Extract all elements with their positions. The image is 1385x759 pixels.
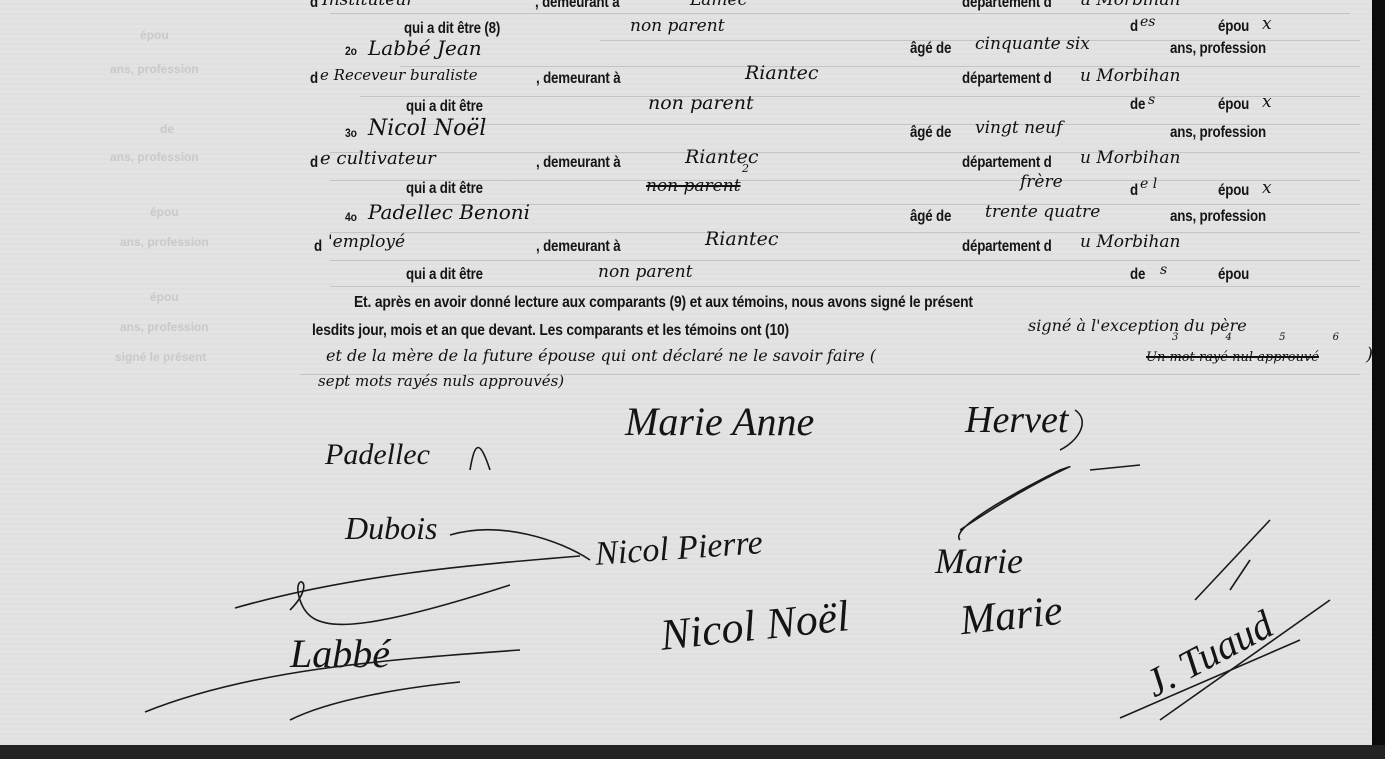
scan-edge xyxy=(1372,0,1385,745)
register-page: épou ans, profession de ans, profession … xyxy=(0,0,1372,745)
w2-age: cinquante six xyxy=(975,34,1090,54)
w1-relation: non parent xyxy=(630,16,725,36)
w2-departement-label: département d xyxy=(962,70,1052,88)
w2-residence: Riantec xyxy=(745,62,818,84)
w4-de-label: de xyxy=(1130,266,1145,284)
w2-profession-prefix: d xyxy=(310,70,318,88)
w3-profession: e cultivateur xyxy=(320,148,436,169)
w4-departement-label: département d xyxy=(962,238,1052,256)
margin-ghost-text: de xyxy=(160,122,174,136)
ruled-line xyxy=(330,13,1350,14)
w1-profession: Instituteur xyxy=(322,0,414,10)
w2-departement: u Morbihan xyxy=(1080,66,1180,86)
w4-number: 4o xyxy=(345,210,357,224)
w1-epou-label: épou xyxy=(1218,18,1249,36)
w2-ans-label: ans, profession xyxy=(1170,40,1266,58)
margin-ghost-text: ans, profession xyxy=(110,150,199,164)
w2-de-label: de xyxy=(1130,96,1145,114)
w4-departement: u Morbihan xyxy=(1080,232,1180,252)
w1-departement-label: département d xyxy=(962,0,1052,12)
w1-residence: Lamec xyxy=(690,0,747,10)
w1-de-value: es xyxy=(1140,14,1155,30)
w2-number: 2o xyxy=(345,44,357,58)
w1-departement: u Morbihan xyxy=(1080,0,1180,10)
w3-demeurant-label: , demeurant à xyxy=(536,154,620,172)
w4-de-value: s xyxy=(1160,262,1167,278)
w3-relation-label: qui a dit être xyxy=(406,180,483,198)
ruled-line xyxy=(330,286,1360,287)
w3-departement: u Morbihan xyxy=(1080,148,1180,168)
w2-relation: non parent xyxy=(648,92,754,114)
signature-marie: Marie xyxy=(935,540,1023,582)
viewer-bottom-bar xyxy=(0,745,1385,759)
w3-departement-label: département d xyxy=(962,154,1052,172)
signature-padellec: Padellec xyxy=(325,438,430,472)
w3-ans-label: ans, profession xyxy=(1170,124,1266,142)
closing-line-3-struck: Un mot rayé nul approuvé xyxy=(1146,350,1319,365)
closing-line-3-handwritten: et de la mère de la future épouse qui on… xyxy=(326,346,876,365)
w3-de-label: d xyxy=(1130,182,1138,200)
w1-epou-value: x xyxy=(1262,14,1272,34)
w2-age-label: âgé de xyxy=(910,40,951,58)
margin-ghost-text: ans, profession xyxy=(120,320,209,334)
w4-residence: Riantec xyxy=(705,228,778,250)
w3-name: Nicol Noël xyxy=(368,116,486,141)
w2-profession: e Receveur buraliste xyxy=(320,66,478,84)
w4-relation: non parent xyxy=(598,262,693,282)
w2-de-value: s xyxy=(1148,92,1155,108)
w2-demeurant-label: , demeurant à xyxy=(536,70,620,88)
ruled-line xyxy=(330,180,1360,181)
signature-labbe: Labbé xyxy=(290,630,390,677)
closing-line-4-handwritten: sept mots rayés nuls approuvés) xyxy=(318,372,564,390)
ruled-line xyxy=(330,232,1360,233)
w3-relation-super: 2 xyxy=(742,162,749,175)
signature-dubois: Dubois xyxy=(345,510,437,547)
w1-demeurant-label: , demeurant à xyxy=(535,0,619,12)
w3-age-label: âgé de xyxy=(910,124,951,142)
w4-epou-label: épou xyxy=(1218,266,1249,284)
signature-marie-anne: Marie Anne xyxy=(625,398,814,445)
w2-relation-label: qui a dit être xyxy=(406,98,483,116)
w4-name: Padellec Benoni xyxy=(368,200,530,224)
w3-epou-value: x xyxy=(1262,178,1272,198)
ruled-line xyxy=(400,66,1360,67)
ruled-line xyxy=(400,204,1360,205)
w2-epou-label: épou xyxy=(1218,96,1249,114)
w3-profession-prefix: d xyxy=(310,154,318,172)
signature-hervet: Hervet xyxy=(965,398,1068,442)
w3-number: 3o xyxy=(345,126,357,140)
w3-epou-label: épou xyxy=(1218,182,1249,200)
signature-marie-2: Marie xyxy=(958,587,1065,645)
margin-ghost-text: ans, profession xyxy=(110,62,199,76)
w3-relation: frère xyxy=(1020,172,1063,192)
w3-de-value: e l xyxy=(1140,176,1157,192)
margin-ghost-text: épou xyxy=(150,205,179,219)
closing-line-1: Et. après en avoir donné lecture aux com… xyxy=(354,294,973,312)
margin-ghost-text: signé le présent xyxy=(115,350,206,364)
w2-name: Labbé Jean xyxy=(368,36,482,60)
w4-relation-label: qui a dit être xyxy=(406,266,483,284)
signature-nicol-noel: Nicol Noël xyxy=(658,590,852,661)
w3-age: vingt neuf xyxy=(975,118,1062,138)
ruled-line xyxy=(330,260,1360,261)
ruled-line xyxy=(330,152,1360,153)
signature-tuaud: J. Tuaud xyxy=(1137,600,1281,706)
w4-profession-prefix: d xyxy=(314,238,322,256)
w1-de-label: d xyxy=(1130,18,1138,36)
margin-ghost-text: épou xyxy=(150,290,179,304)
signature-nicol-pierre: Nicol Pierre xyxy=(594,524,764,574)
w4-age-label: âgé de xyxy=(910,208,951,226)
w1-profession-prefix: d' xyxy=(310,0,321,12)
w4-demeurant-label: , demeurant à xyxy=(536,238,620,256)
w3-relation-struck: non parent xyxy=(646,176,741,196)
w4-profession: 'employé xyxy=(328,232,405,252)
w2-epou-value: x xyxy=(1262,92,1272,112)
margin-ghost-text: ans, profession xyxy=(120,235,209,249)
margin-ghost-text: épou xyxy=(140,28,169,42)
closing-line-2: lesdits jour, mois et an que devant. Les… xyxy=(312,322,789,340)
ruled-line xyxy=(360,96,1360,97)
closing-line-3-superscripts: 3 4 5 6 xyxy=(1172,332,1361,343)
w4-age: trente quatre xyxy=(985,202,1100,222)
w4-ans-label: ans, profession xyxy=(1170,208,1266,226)
